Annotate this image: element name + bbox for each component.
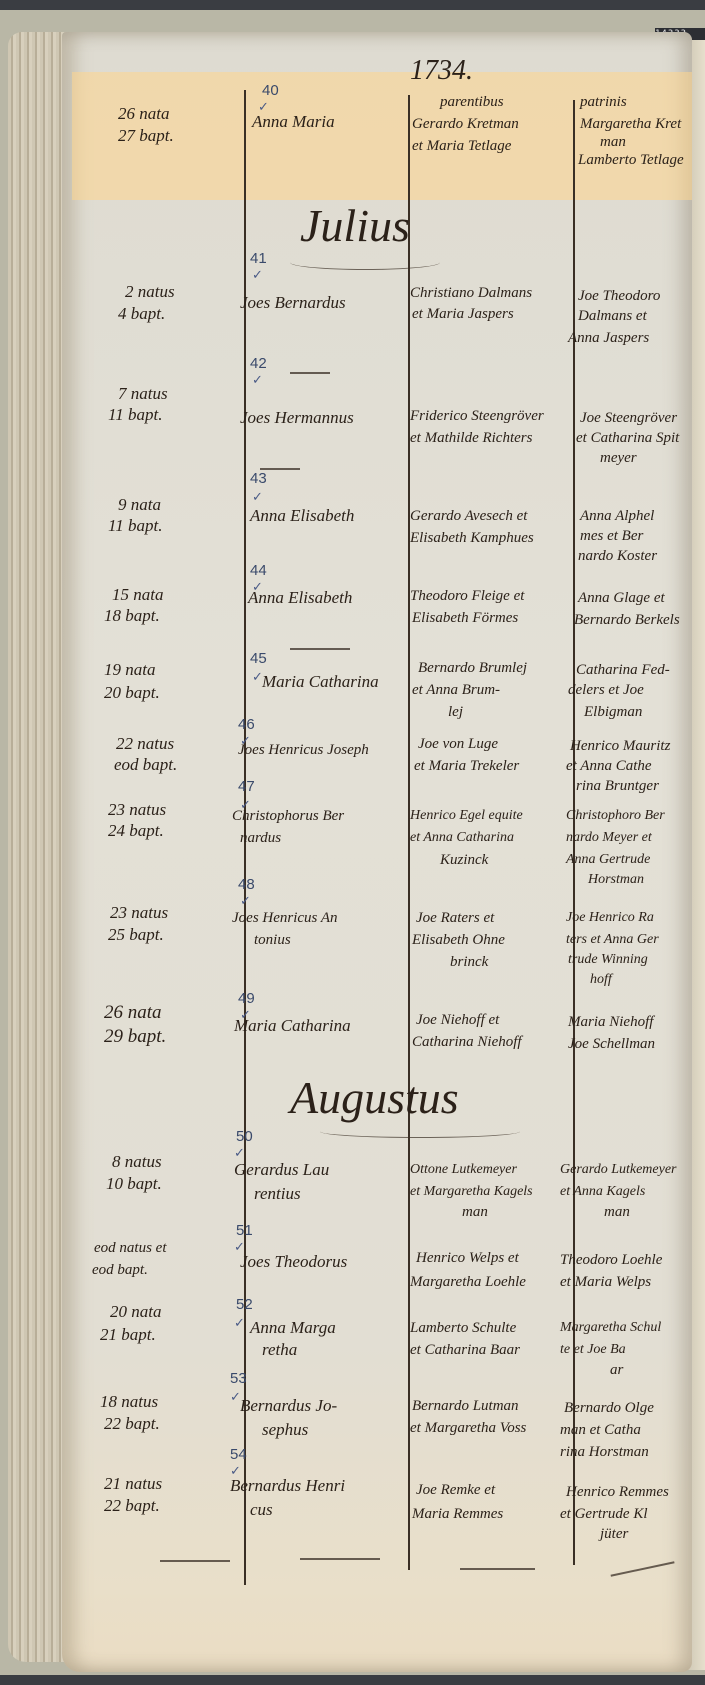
birth-date: 2 natus [125,282,175,302]
parent-line: Gerardo Kretman [412,116,519,133]
godparent-line: Joe Schellman [568,1036,655,1053]
entry-number: 54 [230,1446,247,1463]
entry-separator [300,1558,380,1560]
birth-date: 21 natus [104,1474,162,1494]
child-name: Anna Maria [252,112,335,132]
child-name: tonius [254,932,291,949]
child-name: Maria Catharina [234,1016,351,1036]
birth-date: 22 natus [116,734,174,754]
baptism-date: 20 bapt. [104,683,160,703]
year-heading: 1734. [410,55,473,87]
child-name: Joes Hermannus [240,408,354,428]
flourish [290,255,440,270]
godparent-line: Joe Henrico Ra [566,910,654,926]
parent-line: Christiano Dalmans [410,285,532,302]
parent-line: et Margaretha Voss [410,1420,526,1437]
godparent-line: Joe Steengröver [580,410,677,427]
godparent-line: Bernardo Berkels [574,612,680,629]
child-name: Bernardus Jo- [240,1396,337,1416]
child-name: Anna Marga [250,1318,336,1338]
check-mark-icon: ✓ [240,894,251,909]
child-name: sephus [262,1420,308,1440]
child-name: Bernardus Henri [230,1476,345,1496]
parent-line: man [462,1204,488,1221]
birth-date: 8 natus [112,1152,162,1172]
check-mark-icon: ✓ [252,373,263,388]
child-name: nardus [240,830,281,847]
godparent-line: Anna Gertrude [566,852,650,868]
godparent-line: te et Joe Ba [560,1342,626,1358]
entry-number: 45 [250,650,267,667]
godparent-line: Anna Jaspers [568,330,649,347]
baptism-date: 22 bapt. [104,1496,160,1516]
baptism-date: eod bapt. [92,1262,148,1279]
parent-line: lej [448,704,463,721]
entry-separator [290,648,350,650]
entry-number: 46 [238,716,255,733]
birth-date: 20 nata [110,1302,161,1322]
godparent-line: man [600,134,626,151]
baptism-date: 21 bapt. [100,1325,156,1345]
parent-line: Elisabeth Ohne [412,932,505,949]
entry-number: 44 [250,562,267,579]
child-name: Gerardus Lau [234,1160,329,1180]
entry-number: 42 [250,355,267,372]
godparent-line: Elbigman [584,704,642,721]
godparent-line: nardo Koster [578,548,657,565]
child-name: retha [262,1340,297,1360]
child-name: Anna Elisabeth [248,588,352,608]
parent-line: et Maria Trekeler [414,758,519,775]
check-mark-icon: ✓ [252,268,263,283]
parent-line: Joe von Luge [418,736,498,753]
godparent-line: Maria Niehoff [568,1014,653,1031]
parent-line: Ottone Lutkemeyer [410,1162,517,1178]
godparent-line: man et Catha [560,1422,641,1439]
parent-line: Friderico Steengröver [410,408,544,425]
parent-line: et Catharina Baar [410,1342,520,1359]
entry-number: 50 [236,1128,253,1145]
birth-date: 15 nata [112,585,163,605]
parent-line: Elisabeth Kamphues [410,530,534,547]
godparent-line: et Gertrude Kl [560,1506,648,1523]
entry-number: 43 [250,470,267,487]
baptism-date: 24 bapt. [108,821,164,841]
parent-line: Henrico Egel equite [410,808,523,824]
flourish [320,1125,520,1138]
godparent-line: Anna Glage et [578,590,665,607]
godparent-line: ar [610,1362,623,1379]
godparent-line: Theodoro Loehle [560,1252,662,1269]
birth-date: 19 nata [104,660,155,680]
entry-separator [290,372,330,374]
child-name: Anna Elisabeth [250,506,354,526]
parent-line: Theodoro Fleige et [410,588,524,605]
godparent-line: Margaretha Schul [560,1320,661,1336]
godparent-line: jüter [600,1526,628,1543]
child-name: cus [250,1500,273,1520]
parent-line: et Margaretha Kagels [410,1184,533,1200]
godparent-line: ters et Anna Ger [566,932,659,948]
check-mark-icon: ✓ [234,1316,245,1331]
birth-date: 9 nata [118,495,161,515]
parent-line: Gerardo Avesech et [410,508,527,525]
check-mark-icon: ✓ [234,1146,245,1161]
child-name: Joes Bernardus [240,293,346,313]
godparent-line: Dalmans et [578,308,647,325]
entry-number: 48 [238,876,255,893]
child-name: rentius [254,1184,301,1204]
entry-separator [160,1560,230,1562]
godparent-line: man [604,1204,630,1221]
godparent-line: et Catharina Spit [576,430,679,447]
godparent-line: Anna Alphel [580,508,654,525]
godparent-line: rina Horstman [560,1444,649,1461]
godparent-line: Joe Theodoro [578,288,660,305]
parent-line: brinck [450,954,488,971]
godparent-line: mes et Ber [580,528,643,545]
parent-line: Elisabeth Förmes [412,610,518,627]
godparent-line: delers et Joe [568,682,644,699]
month-heading-julius: Julius [300,200,410,253]
godparent-line: Christophoro Ber [566,808,665,824]
baptism-date: 11 bapt. [108,516,162,536]
birth-date: 26 nata [118,104,169,124]
child-name: Joes Theodorus [240,1252,347,1272]
parent-line: Catharina Niehoff [412,1034,522,1051]
godparent-line: et Maria Welps [560,1274,651,1291]
birth-date: eod natus et [94,1240,167,1257]
godparent-line: Catharina Fed- [576,662,670,679]
godparent-line: meyer [600,450,637,467]
birth-date: 23 natus [110,903,168,923]
child-name: Christophorus Ber [232,808,344,825]
baptism-date: 11 bapt. [108,405,162,425]
entry-number: 47 [238,778,255,795]
godparent-line: Margaretha Kret [580,116,681,133]
parent-line: Lamberto Schulte [410,1320,516,1337]
child-name: Joes Henricus Joseph [238,742,369,759]
baptism-date: eod bapt. [114,755,177,775]
birth-date: 23 natus [108,800,166,820]
baptism-date: 4 bapt. [118,304,165,324]
birth-date: 18 natus [100,1392,158,1412]
baptism-date: 27 bapt. [118,126,174,146]
entry-number: 49 [238,990,255,1007]
entry-number: 41 [250,250,267,267]
parent-line: et Maria Jaspers [412,306,514,323]
entry-number: 52 [236,1296,253,1313]
child-name: Joes Henricus An [232,910,338,927]
parent-line: Bernardo Brumlej [418,660,527,677]
godparent-line: Horstman [588,872,644,888]
child-name: Maria Catharina [262,672,379,692]
godparent-line: Lamberto Tetlage [578,152,684,169]
parent-line: Joe Raters et [416,910,494,927]
baptism-date: 29 bapt. [104,1026,166,1048]
month-heading-augustus: Augustus [290,1072,459,1125]
parent-line: Maria Remmes [412,1506,503,1523]
godparent-line: et Anna Kagels [560,1184,645,1200]
parent-line: Kuzinck [440,852,488,869]
godparent-line: Bernardo Olge [564,1400,654,1417]
godparent-line: nardo Meyer et [566,830,652,846]
parent-line: et Maria Tetlage [412,138,511,155]
parent-line: Henrico Welps et [416,1250,519,1267]
parents-header: parentibus [440,94,504,111]
baptism-date: 18 bapt. [104,606,160,626]
godparent-line: Henrico Remmes [566,1484,669,1501]
baptism-date: 10 bapt. [106,1174,162,1194]
parent-line: et Anna Catharina [410,830,514,846]
birth-date: 26 nata [104,1002,162,1024]
godparent-line: Gerardo Lutkemeyer [560,1162,677,1178]
baptism-date: 22 bapt. [104,1414,160,1434]
baptism-date: 25 bapt. [108,925,164,945]
godparent-line: Henrico Mauritz [570,738,670,755]
parent-line: Margaretha Loehle [410,1274,526,1291]
parent-line: et Anna Brum- [412,682,500,699]
parent-line: Joe Niehoff et [416,1012,499,1029]
godparent-line: rina Bruntger [576,778,659,795]
parent-line: Bernardo Lutman [412,1398,519,1415]
godparent-line: hoff [590,972,612,988]
parent-line: Joe Remke et [416,1482,495,1499]
parent-line: et Mathilde Richters [410,430,532,447]
birth-date: 7 natus [118,384,168,404]
godparents-header: patrinis [580,94,627,111]
godparent-line: trude Winning [568,952,648,968]
entry-separator [460,1568,535,1570]
godparent-line: et Anna Cathe [566,758,652,775]
entry-number: 53 [230,1370,247,1387]
entry-number: 40 [262,82,279,99]
entry-number: 51 [236,1222,253,1239]
check-mark-icon: ✓ [252,490,263,505]
